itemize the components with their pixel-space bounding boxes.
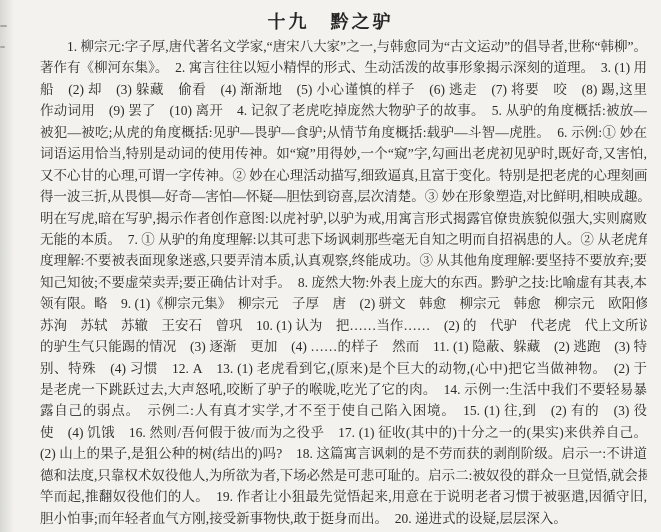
answer-line: 别、特殊 (4) 习惯 12. A 13. (1) 老虎看到它,(原来)是个巨大… [40, 358, 647, 379]
answer-line: 露自己的弱点。 示例二:人有真才实学,才不至于使自己陷入困境。 15. (1) … [40, 400, 647, 421]
answer-line: 词语运用恰当,特别是动词的使用传神。如“窥”用得妙,一个“窥”字,勾画出老虎初见… [40, 143, 647, 164]
answer-line: 1. 柳宗元:字子厚,唐代著名文学家,“唐宋八大家”之一,与韩愈同为“古文运动”… [40, 36, 647, 57]
answer-line: 胆小怕事;而年轻者血气方刚,接受新事物快,敢于挺身而出。 20. 递进式的设疑,… [40, 508, 647, 529]
answer-line: 的驴生气只能踢的情况 (3) 逐渐 更加 (4) ……的样子 然而 11. (1… [40, 336, 647, 357]
answer-line: 知己知彼;不要虚荣卖弄;要正确估计对手。 8. 庞然大物:外表上庞大的东西。黔驴… [40, 272, 647, 293]
answer-line: 苏洵 苏轼 苏辙 王安石 曾巩 10. (1) 认为 把……当作…… (2) 的… [40, 315, 647, 336]
answer-line: 明在写虎,暗在写驴,揭示作者创作意图:以虎衬驴,以驴为戒,用寓言形式揭露官僚贵族… [40, 208, 647, 229]
scan-artifact [0, 46, 5, 48]
answer-line: 船 (2) 却 (3) 躲藏 偷看 (4) 渐渐地 (5) 小心谨慎的样子 (6… [40, 79, 647, 100]
answer-key-page: 十九 黔之驴 1. 柳宗元:字子厚,唐代著名文学家,“唐宋八大家”之一,与韩愈同… [0, 0, 661, 532]
answer-line: 又不心甘的心理,可谓一字传神。② 妙在心理活动描写,细致逼真,且富于变化。特别是… [40, 165, 647, 186]
answer-line: 作动词用 (9) 罢了 (10) 离开 4. 记叙了老虎吃掉庞然大物驴子的故事。… [40, 100, 647, 121]
answer-line: 竿而起,推翻奴役他们的人。 19. 作者让小狙最先觉悟起来,用意在于说明老者习惯… [40, 486, 647, 507]
lesson-title: 十九 黔之驴 [0, 8, 661, 34]
answer-line: 被犯—被吃;从虎的角度概括:见驴—畏驴—食驴;从情节角度概括:载驴—斗智—虎胜。… [40, 122, 647, 143]
scan-gutter-shadow [0, 0, 14, 532]
answer-line: 无能的本质。 7. ① 从驴的角度理解:以其可悲下场讽刺那些毫无自知之明而自招祸… [40, 229, 647, 250]
answer-line: 是老虎一下跳跃过去,大声怒吼,咬断了驴子的喉咙,吃光了它的肉。 14. 示例一:… [40, 379, 647, 400]
answer-line: (2) 山上的果子,是狙公种的树(结出的)吗? 18. 这篇寓言讽刺的是不劳而获… [40, 443, 647, 464]
answer-line: 度理解:不要被表面现象迷惑,只要弄清本质,认真观察,终能成功。③ 从其他角度理解… [40, 250, 647, 271]
answer-line: 得一波三折,从畏惧—好奇—害怕—怀疑—胆怯到窃喜,层次清楚。③ 妙在形象塑造,对… [40, 186, 647, 207]
answer-line: 使 (4) 饥饿 16. 然则/吾何假于彼/而为之役乎 17. (1) 征收(其… [40, 422, 647, 443]
answer-line: 著作有《柳河东集》。 2. 寓言往往以短小精悍的形式、生动活泼的故事形象揭示深刻… [40, 57, 647, 78]
answer-line: 领有限。略 9. (1)《柳宗元集》 柳宗元 子厚 唐 (2) 骈文 韩愈 柳宗… [40, 293, 647, 314]
answer-text-block: 1. 柳宗元:字子厚,唐代著名文学家,“唐宋八大家”之一,与韩愈同为“古文运动”… [40, 36, 647, 529]
answer-line: 德和法度,只靠权术奴役他人,为所欲为者,下场必然是可悲可耻的。启示二:被奴役的群… [40, 465, 647, 486]
